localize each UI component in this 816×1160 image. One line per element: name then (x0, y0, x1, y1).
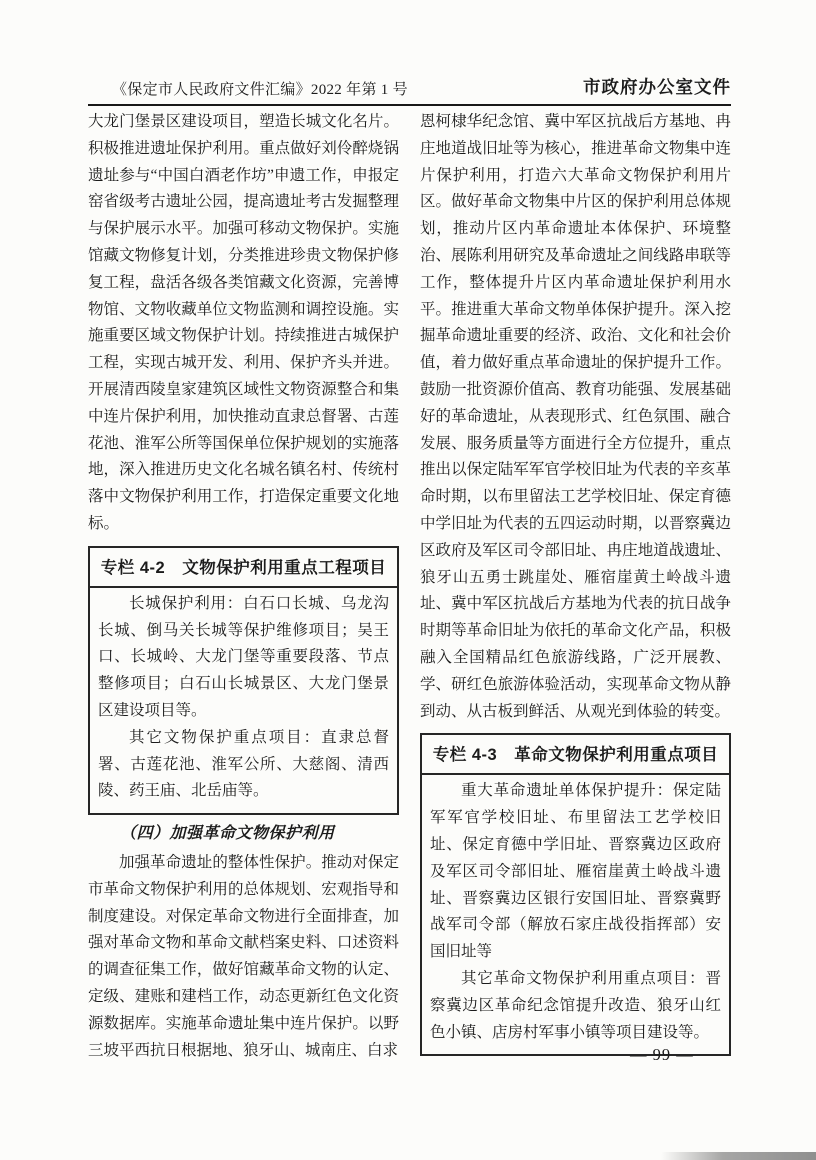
page-number: — 99 — (630, 1045, 694, 1065)
callout-box-4-2-body: 长城保护利用：白石口长城、乌龙沟长城、倒马关长城等保护维修项目；吴王口、长城岭、… (90, 588, 397, 813)
left-column: 大龙门堡景区建设项目，塑造长城文化名片。积极推进遗址保护利用。重点做好刘伶醉烧锅… (88, 109, 399, 1064)
callout-box-4-3-title: 专栏 4-3 革命文物保护利用重点项目 (422, 735, 729, 775)
callout-box-4-3-paragraph-1: 重大革命遗址单体保护提升：保定陆军军官学校旧址、布里留法工艺学校旧址、保定育德中… (430, 778, 721, 966)
callout-box-4-2-paragraph-2: 其它文物保护重点项目：直隶总督署、古莲花池、淮军公所、大慈阁、清西陵、药王庙、北… (98, 725, 389, 805)
body-columns: 大龙门堡景区建设项目，塑造长城文化名片。积极推进遗址保护利用。重点做好刘伶醉烧锅… (88, 109, 731, 1064)
callout-box-4-2: 专栏 4-2 文物保护利用重点工程项目 长城保护利用：白石口长城、乌龙沟长城、倒… (88, 546, 399, 815)
scan-smudge-artifact (661, 1152, 816, 1160)
callout-box-4-2-paragraph-1: 长城保护利用：白石口长城、乌龙沟长城、倒马关长城等保护维修项目；吴王口、长城岭、… (98, 591, 389, 725)
header-compilation-title: 《保定市人民政府文件汇编》2022 年第 1 号 (88, 78, 408, 99)
left-paragraph-2: 加强革命遗址的整体性保护。推动对保定市革命文物保护利用的总体规划、宏观指导和制度… (88, 850, 399, 1064)
header-doc-category: 市政府办公室文件 (583, 74, 731, 99)
page-header: 《保定市人民政府文件汇编》2022 年第 1 号 市政府办公室文件 (88, 74, 731, 106)
callout-box-4-3-body: 重大革命遗址单体保护提升：保定陆军军官学校旧址、布里留法工艺学校旧址、保定育德中… (422, 775, 729, 1054)
section-heading-4: （四）加强革命文物保护利用 (88, 821, 399, 848)
right-paragraph-continuation: 恩柯棣华纪念馆、冀中军区抗战后方基地、冉庄地道战旧址等为核心，推进革命文物集中连… (420, 109, 731, 725)
callout-box-4-3-paragraph-2: 其它革命文物保护利用重点项目：晋察冀边区革命纪念馆提升改造、狼牙山红色小镇、店房… (430, 966, 721, 1046)
right-column: 恩柯棣华纪念馆、冀中军区抗战后方基地、冉庄地道战旧址等为核心，推进革命文物集中连… (420, 109, 731, 1064)
left-paragraph-continuation: 大龙门堡景区建设项目，塑造长城文化名片。积极推进遗址保护利用。重点做好刘伶醉烧锅… (88, 109, 399, 538)
document-page: 《保定市人民政府文件汇编》2022 年第 1 号 市政府办公室文件 大龙门堡景区… (0, 0, 816, 1160)
callout-box-4-2-title: 专栏 4-2 文物保护利用重点工程项目 (90, 548, 397, 588)
callout-box-4-3: 专栏 4-3 革命文物保护利用重点项目 重大革命遗址单体保护提升：保定陆军军官学… (420, 733, 731, 1056)
